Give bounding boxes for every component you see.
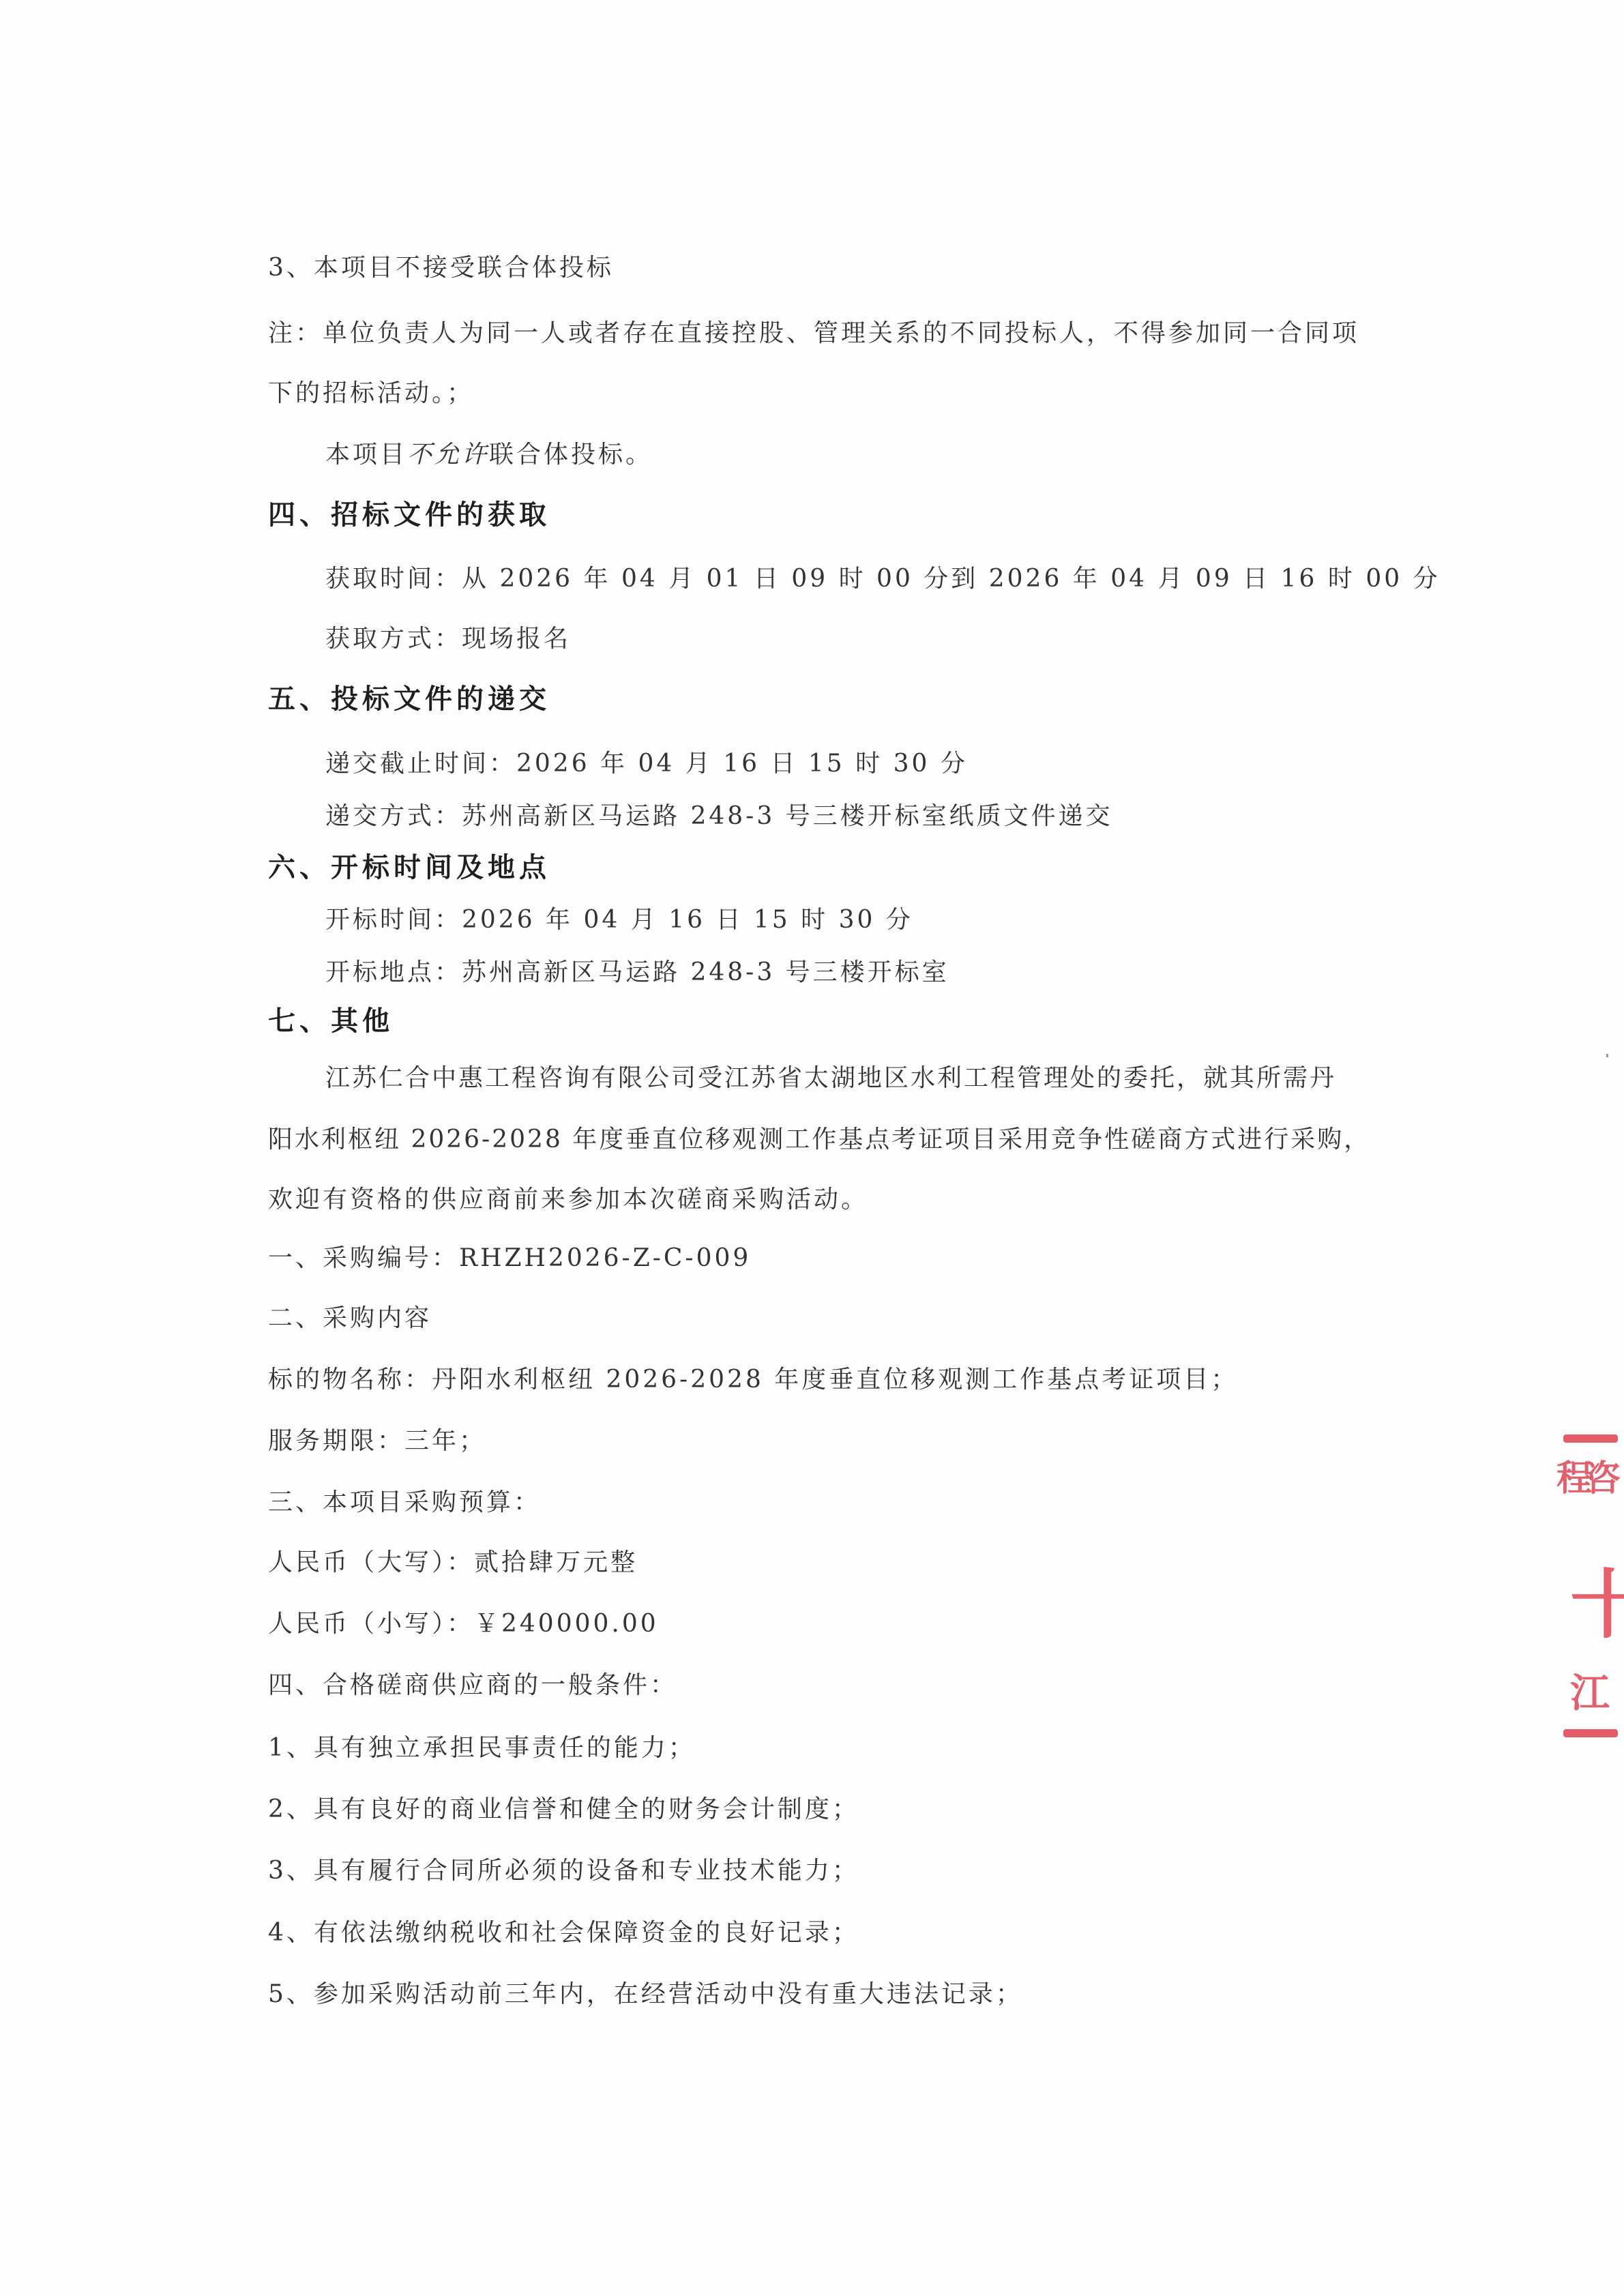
text-fragment: 联合体投标。	[489, 441, 653, 469]
section-heading-4: 四、招标文件的获取	[268, 500, 550, 530]
condition-item: 1、具有独立承担民事责任的能力；	[268, 1733, 696, 1763]
seal-border-bottom	[1563, 1729, 1618, 1737]
budget-lower-case: 人民币（小写）：￥240000.00	[268, 1609, 659, 1639]
acquire-method: 获取方式：现场报名	[325, 624, 571, 654]
acquire-time: 获取时间：从 2026 年 04 月 01 日 09 时 00 分到 2026 …	[325, 564, 1441, 594]
text-fragment-italic: 不允许	[407, 441, 489, 469]
text-line-consortium-rule: 3、本项目不接受联合体投标	[268, 253, 614, 283]
conditions-title: 四、合格磋商供应商的一般条件：	[268, 1671, 677, 1701]
opening-time: 开标时间：2026 年 04 月 16 日 15 时 30 分	[325, 905, 913, 935]
procurement-number: 一、采购编号：RHZH2026-Z-C-009	[268, 1243, 751, 1274]
condition-item: 5、参加采购活动前三年内，在经营活动中没有重大违法记录；	[268, 1979, 1023, 2010]
paragraph-line-2: 阳水利枢纽 2026-2028 年度垂直位移观测工作基点考证项目采用竞争性磋商方…	[268, 1125, 1370, 1155]
red-seal-stamp: 程 咨 十 江	[1543, 1429, 1618, 1739]
condition-item: 2、具有良好的商业信誉和健全的财务会计制度；	[268, 1795, 859, 1825]
budget-title: 三、本项目采购预算：	[268, 1488, 541, 1518]
condition-item: 4、有依法缴纳税收和社会保障资金的良好记录；	[268, 1918, 859, 1948]
seal-star-fragment: 十	[1570, 1545, 1624, 1653]
seal-border-top	[1563, 1434, 1618, 1443]
scan-speck	[1606, 1054, 1608, 1057]
opening-place: 开标地点：苏州高新区马运路 248-3 号三楼开标室	[325, 958, 949, 988]
text-line-note: 注：单位负责人为同一人或者存在直接控股、管理关系的不同投标人，不得参加同一合同项	[268, 319, 1359, 349]
service-period: 服务期限：三年；	[268, 1426, 486, 1456]
section-heading-6: 六、开标时间及地点	[268, 853, 550, 883]
text-fragment: 本项目	[325, 441, 407, 469]
procurement-content-title: 二、采购内容	[268, 1304, 432, 1334]
submission-method: 递交方式：苏州高新区马运路 248-3 号三楼开标室纸质文件递交	[325, 801, 1113, 831]
paragraph-line-3: 欢迎有资格的供应商前来参加本次磋商采购活动。	[268, 1185, 868, 1215]
document-page: 3、本项目不接受联合体投标 注：单位负责人为同一人或者存在直接控股、管理关系的不…	[0, 0, 1624, 2296]
seal-glyph: 江	[1570, 1661, 1610, 1718]
text-line-note-cont: 下的招标活动。；	[268, 379, 474, 409]
section-heading-5: 五、投标文件的递交	[268, 684, 550, 714]
section-heading-7: 七、其他	[268, 1006, 394, 1036]
condition-item: 3、具有履行合同所必须的设备和专业技术能力；	[268, 1856, 859, 1886]
text-line-consortium-not-allowed: 本项目不允许联合体投标。	[325, 440, 653, 470]
subject-name: 标的物名称：丹阳水利枢纽 2026-2028 年度垂直位移观测工作基点考证项目；	[268, 1365, 1238, 1395]
submission-deadline: 递交截止时间：2026 年 04 月 16 日 15 时 30 分	[325, 749, 968, 779]
budget-upper-case: 人民币（大写）：贰拾肆万元整	[268, 1548, 638, 1578]
paragraph-line-1: 江苏仁合中惠工程咨询有限公司受江苏省太湖地区水利工程管理处的委托，就其所需丹	[325, 1063, 1336, 1093]
seal-glyph: 咨	[1585, 1449, 1621, 1501]
